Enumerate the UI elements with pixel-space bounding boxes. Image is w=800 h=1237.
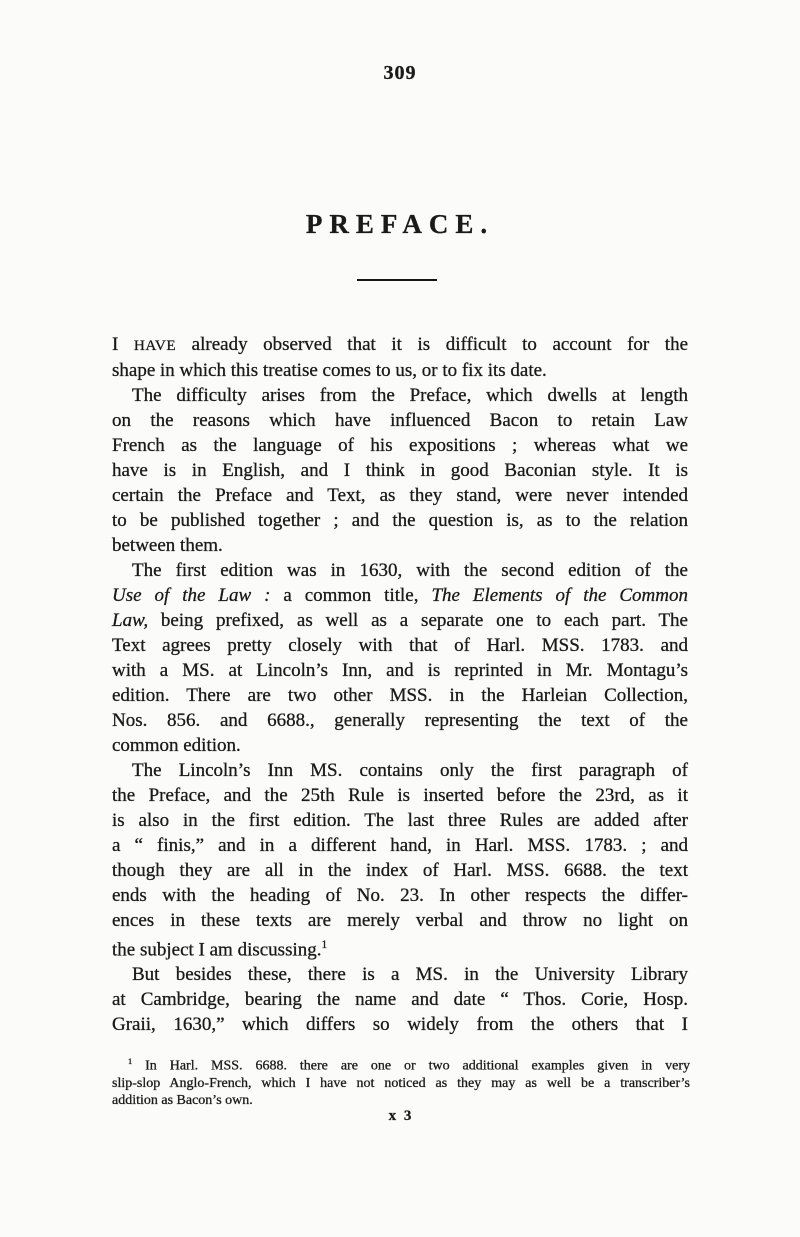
text-line: Text agrees pretty closely with that of … [112,633,688,658]
text-segment: the Preface, and the 25th Rule is insert… [112,785,688,806]
preface-heading: PREFACE. [0,209,800,240]
text-line: a “ finis,” and in a different hand, in … [112,833,688,858]
text-line: certain the Preface and Text, as they st… [112,483,688,508]
text-line: to be published together ; and the quest… [112,508,688,533]
text-segment: common edition. [112,735,241,756]
italic-text: Use of the Law : [112,585,270,606]
text-line: French as the language of his exposition… [112,433,688,458]
smallcaps-text: HAVE [134,337,176,354]
text-line: But besides these, there is a MS. in the… [112,962,688,987]
text-line: Law, being prefixed, as well as a separa… [112,608,688,633]
text-line: at Cambridge, bearing the name and date … [112,987,688,1012]
text-segment: a common title, [270,585,431,606]
text-segment: certain the Preface and Text, as they st… [112,485,688,506]
text-line: shape in which this treatise comes to us… [112,358,688,383]
text-line: common edition. [112,733,688,758]
text-line: on the reasons which have influenced Bac… [112,408,688,433]
text-segment: The difficulty arises from the Preface, … [132,385,688,406]
text-line: though they are all in the index of Harl… [112,858,688,883]
text-segment: slip-slop Anglo-French, which I have not… [112,1076,690,1091]
text-segment: on the reasons which have influenced Bac… [112,410,688,431]
text-segment: The Lincoln’s Inn MS. contains only the … [132,760,688,781]
text-segment: But besides these, there is a MS. in the… [132,964,688,985]
footnote: 1 In Harl. MSS. 6688. there are one or t… [112,1053,690,1109]
text-segment: In Harl. MSS. 6688. there are one or two… [132,1059,690,1074]
text-segment: is also in the first edition. The last t… [112,810,688,831]
text-segment: shape in which this treatise comes to us… [112,360,547,381]
sup-text: 1 [322,939,328,951]
text-segment: Text agrees pretty closely with that of … [112,635,688,656]
text-segment: with a MS. at Lincoln’s Inn, and is repr… [112,660,688,681]
text-line: Nos. 856. and 6688., generally represent… [112,708,688,733]
text-segment: being prefixed, as well as a separate on… [148,610,688,631]
text-line: with a MS. at Lincoln’s Inn, and is repr… [112,658,688,683]
text-segment: I [112,334,134,355]
divider-rule [357,279,437,281]
text-line: between them. [112,533,688,558]
text-line: have is in English, and I think in good … [112,458,688,483]
text-segment: at Cambridge, bearing the name and date … [112,989,688,1010]
text-segment: a “ finis,” and in a different hand, in … [112,835,688,856]
signature-mark: x 3 [0,1108,800,1125]
text-line: edition. There are two other MSS. in the… [112,683,688,708]
text-line: the subject I am discussing.1 [112,933,688,962]
text-segment: Graii, 1630,” which differs so widely fr… [112,1014,688,1035]
text-segment: edition. There are two other MSS. in the… [112,685,688,706]
text-line: ences in these texts are merely verbal a… [112,908,688,933]
text-line: addition as Bacon’s own. [112,1092,690,1109]
text-line: The Lincoln’s Inn MS. contains only the … [112,758,688,783]
text-line: the Preface, and the 25th Rule is insert… [112,783,688,808]
text-line: Use of the Law : a common title, The Ele… [112,583,688,608]
text-line: Graii, 1630,” which differs so widely fr… [112,1012,688,1037]
text-line: The difficulty arises from the Preface, … [112,383,688,408]
text-segment: ences in these texts are merely verbal a… [112,910,688,931]
italic-text: The Elements of the Common [431,585,688,606]
text-segment: to be published together ; and the quest… [112,510,688,531]
text-line: ends with the heading of No. 23. In othe… [112,883,688,908]
text-segment: Nos. 856. and 6688., generally represent… [112,710,688,731]
text-segment: already observed that it is difficult to… [176,334,688,355]
text-line: is also in the first edition. The last t… [112,808,688,833]
text-segment: French as the language of his exposition… [112,435,688,456]
text-segment: have is in English, and I think in good … [112,460,688,481]
italic-text: Law, [112,610,148,631]
text-line: 1 In Harl. MSS. 6688. there are one or t… [112,1053,690,1075]
text-segment: addition as Bacon’s own. [112,1093,253,1108]
text-segment: though they are all in the index of Harl… [112,860,688,881]
page-number: 309 [0,62,800,85]
book-page: 309 PREFACE. I HAVE already observed tha… [0,0,800,1237]
text-segment: the subject I am discussing. [112,939,322,960]
text-segment: The first edition was in 1630, with the … [132,560,688,581]
text-line: slip-slop Anglo-French, which I have not… [112,1075,690,1092]
text-segment: between them. [112,535,223,556]
text-line: I HAVE already observed that it is diffi… [112,332,688,358]
text-line: The first edition was in 1630, with the … [112,558,688,583]
body-text: I HAVE already observed that it is diffi… [112,332,688,1037]
text-segment: ends with the heading of No. 23. In othe… [112,885,688,906]
